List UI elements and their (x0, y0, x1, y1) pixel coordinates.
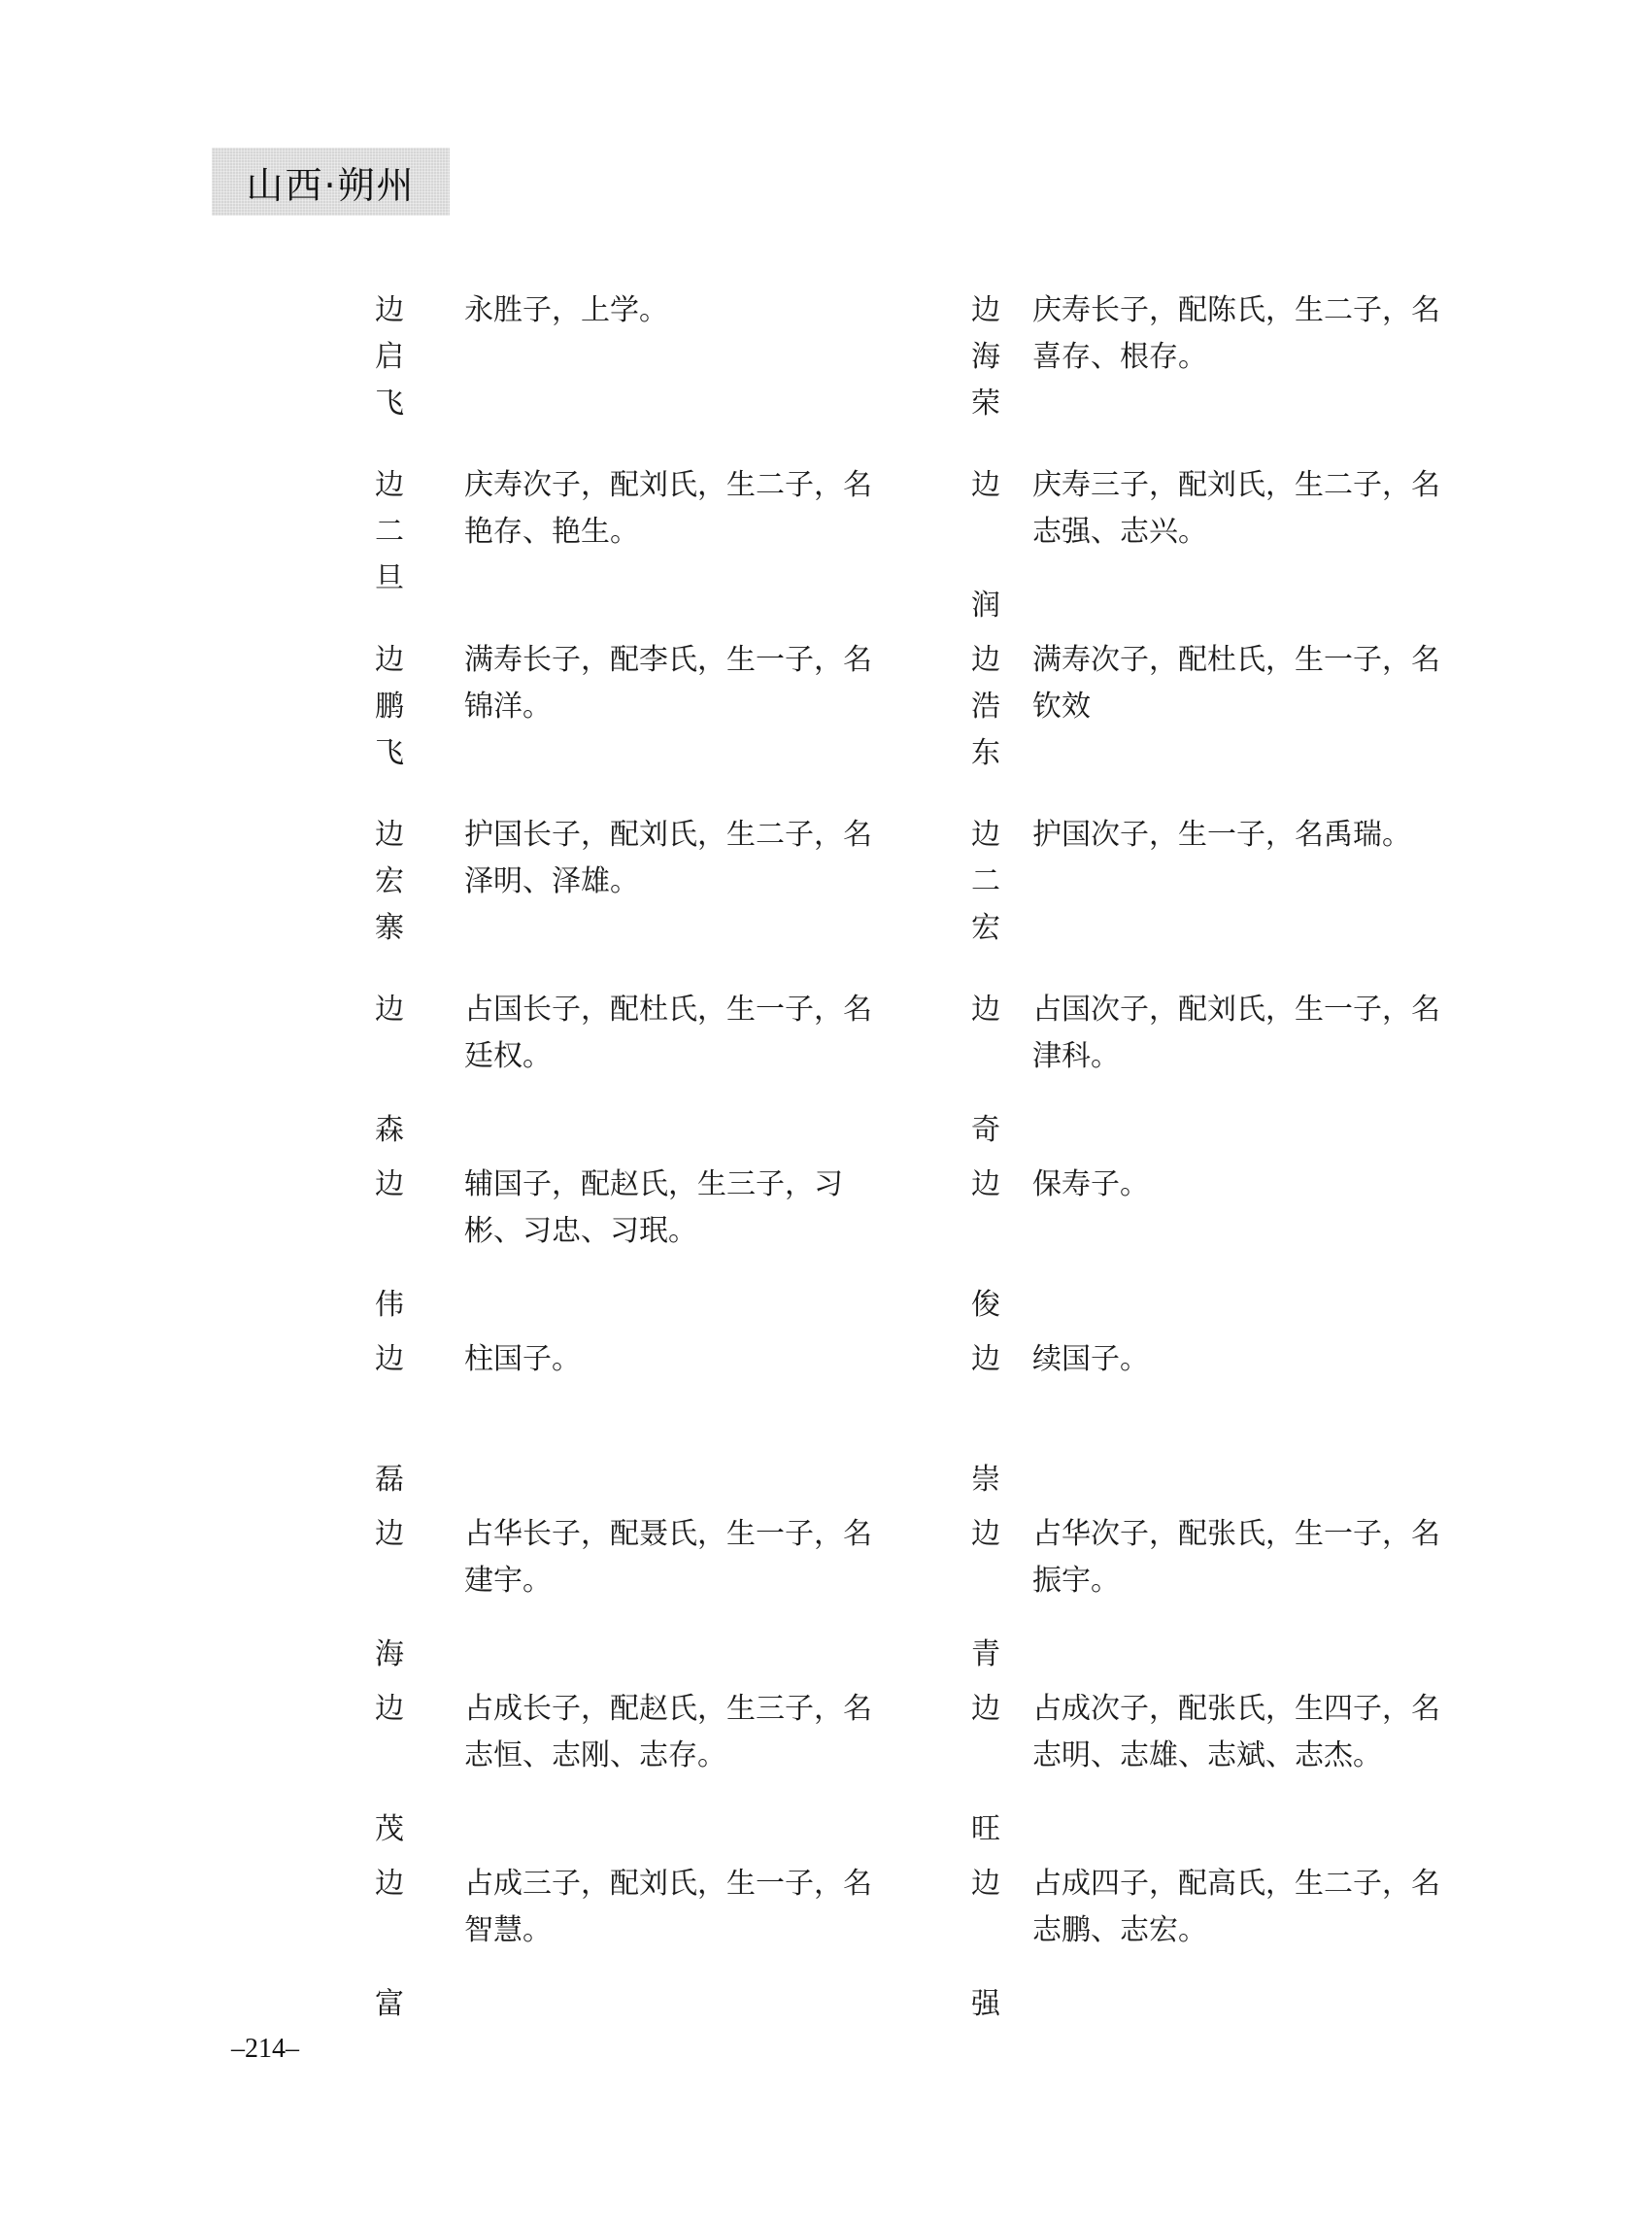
person-name-vertical: 边伟 (375, 1162, 414, 1329)
name-char: 润 (971, 583, 1010, 629)
person-name-vertical: 边旺 (971, 1686, 1010, 1853)
person-description: 占成长子，配赵氏，生三子，名志恒、志刚、志存。 (464, 1686, 892, 1779)
name-char: 奇 (971, 1107, 1010, 1154)
name-char (971, 1033, 1010, 1080)
name-char (375, 1733, 414, 1779)
name-char: 边 (375, 1162, 414, 1208)
name-char: 磊 (375, 1457, 414, 1503)
name-char (375, 1383, 414, 1430)
person-name-vertical: 边二宏 (971, 812, 1010, 952)
person-name-vertical: 边磊 (375, 1336, 414, 1503)
person-description: 护国次子，生一子，名禹瑞。 (1032, 812, 1460, 859)
person-description: 占国次子，配刘氏，生一子，名津科。 (1032, 987, 1460, 1080)
name-char: 伟 (375, 1282, 414, 1329)
name-char: 边 (971, 287, 1010, 334)
person-description: 柱国子。 (464, 1336, 892, 1383)
name-char: 宏 (971, 905, 1010, 952)
person-name-vertical: 边鹏飞 (375, 637, 414, 777)
name-char: 宏 (375, 859, 414, 905)
person-description: 庆寿长子，配陈氏，生二子，名喜存、根存。 (1032, 287, 1460, 381)
name-char: 海 (375, 1632, 414, 1678)
name-char: 边 (375, 1336, 414, 1383)
name-char: 边 (375, 1511, 414, 1558)
person-description: 庆寿次子，配刘氏，生二子，名艳存、艳生。 (464, 462, 892, 556)
name-char: 强 (971, 1981, 1010, 2028)
header-title: 山西·朔州 (246, 155, 415, 209)
name-char: 浩 (971, 684, 1010, 730)
name-char: 边 (971, 1162, 1010, 1208)
name-char: 边 (375, 987, 414, 1033)
person-description: 护国长子，配刘氏，生二子，名泽明、泽雄。 (464, 812, 892, 905)
name-char: 旦 (375, 556, 414, 602)
name-char: 东 (971, 730, 1010, 777)
person-name-vertical: 边海 (375, 1511, 414, 1678)
name-char: 青 (971, 1632, 1010, 1678)
name-char (971, 509, 1010, 556)
running-header: 山西·朔州 (212, 148, 450, 216)
person-description: 辅国子，配赵氏，生三子，习彬、习忠、习珉。 (464, 1162, 892, 1255)
person-description: 占成三子，配刘氏，生一子，名智慧。 (464, 1861, 892, 1954)
name-char: 海 (971, 334, 1010, 381)
name-char: 边 (375, 1861, 414, 1907)
person-name-vertical: 边宏寨 (375, 812, 414, 952)
name-char: 边 (971, 1511, 1010, 1558)
person-name-vertical: 边茂 (375, 1686, 414, 1853)
name-char: 俊 (971, 1282, 1010, 1329)
name-char: 边 (971, 987, 1010, 1033)
person-description: 占成四子，配高氏，生二子，名志鹏、志宏。 (1032, 1861, 1460, 1954)
name-char (971, 1907, 1010, 1954)
name-char: 荣 (971, 381, 1010, 427)
person-name-vertical: 边俊 (971, 1162, 1010, 1329)
person-description: 永胜子，上学。 (464, 287, 892, 334)
name-char (375, 1033, 414, 1080)
name-char (971, 1558, 1010, 1604)
person-description: 占华次子，配张氏，生一子，名振宇。 (1032, 1511, 1460, 1604)
name-char: 森 (375, 1107, 414, 1154)
person-name-vertical: 边启飞 (375, 287, 414, 427)
name-char: 边 (375, 1686, 414, 1733)
name-char: 崇 (971, 1457, 1010, 1503)
page-number: –214– (231, 2034, 299, 2065)
person-name-vertical: 边强 (971, 1861, 1010, 2028)
person-name-vertical: 边浩东 (971, 637, 1010, 777)
name-char (375, 1208, 414, 1255)
name-char (971, 1208, 1010, 1255)
name-char: 边 (375, 287, 414, 334)
person-description: 占华长子，配聂氏，生一子，名建宇。 (464, 1511, 892, 1604)
person-description: 保寿子。 (1032, 1162, 1460, 1208)
person-description: 满寿长子，配李氏，生一子，名锦洋。 (464, 637, 892, 730)
name-char: 边 (971, 812, 1010, 859)
name-char: 边 (971, 1686, 1010, 1733)
name-char: 边 (971, 1861, 1010, 1907)
person-description: 满寿次子，配杜氏，生一子，名钦效 (1032, 637, 1460, 730)
person-description: 占成次子，配张氏，生四子，名志明、志雄、志斌、志杰。 (1032, 1686, 1460, 1779)
person-name-vertical: 边二旦 (375, 462, 414, 602)
name-char: 边 (375, 637, 414, 684)
name-char: 边 (971, 1336, 1010, 1383)
name-char: 边 (375, 462, 414, 509)
name-char (375, 1907, 414, 1954)
person-name-vertical: 边润 (971, 462, 1010, 629)
person-name-vertical: 边富 (375, 1861, 414, 2028)
name-char: 旺 (971, 1806, 1010, 1853)
person-name-vertical: 边奇 (971, 987, 1010, 1154)
name-char: 富 (375, 1981, 414, 2028)
person-description: 庆寿三子，配刘氏，生二子，名志强、志兴。 (1032, 462, 1460, 556)
name-char: 飞 (375, 381, 414, 427)
name-char (971, 1383, 1010, 1430)
name-char: 二 (971, 859, 1010, 905)
name-char: 启 (375, 334, 414, 381)
name-char: 二 (375, 509, 414, 556)
name-char (375, 1558, 414, 1604)
person-name-vertical: 边森 (375, 987, 414, 1154)
person-description: 占国长子，配杜氏，生一子，名廷权。 (464, 987, 892, 1080)
person-name-vertical: 边青 (971, 1511, 1010, 1678)
name-char: 边 (971, 637, 1010, 684)
name-char (971, 1733, 1010, 1779)
person-name-vertical: 边海荣 (971, 287, 1010, 427)
person-description: 续国子。 (1032, 1336, 1460, 1383)
name-char: 鹏 (375, 684, 414, 730)
person-name-vertical: 边崇 (971, 1336, 1010, 1503)
name-char: 边 (375, 812, 414, 859)
name-char: 飞 (375, 730, 414, 777)
name-char: 寨 (375, 905, 414, 952)
name-char: 茂 (375, 1806, 414, 1853)
name-char: 边 (971, 462, 1010, 509)
